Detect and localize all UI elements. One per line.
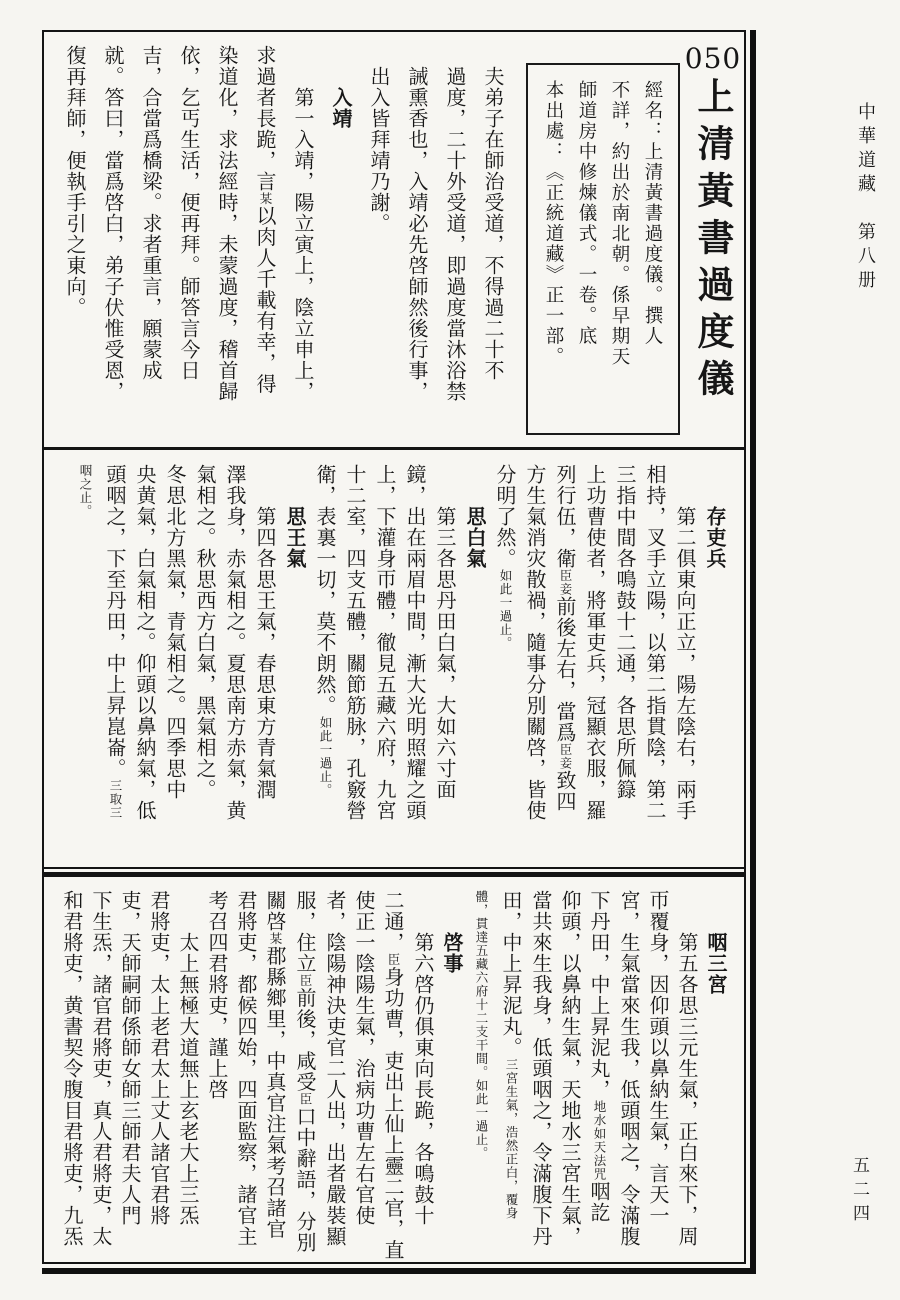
band3-text: 咽三宮 第五各思三元生氣，正白來下，周 帀覆身，因仰頭以鼻納生氣，言天一 宮，生… — [44, 877, 744, 1276]
body-text: 啓事 — [440, 890, 464, 974]
annotation-small-text: 某 — [268, 932, 283, 946]
text-paragraph: 第二俱東向正立，陽左陰右，兩手 相持，叉手立陽，以第二指貫陰，第二 三指中間各鳴… — [490, 464, 700, 859]
text-paragraph: 第三各思丹田白氣，大如六寸面 鏡，出在兩眉中間，漸大光明照耀之頭 上，下灌身帀體… — [310, 464, 460, 859]
page-frame: 050 上清黃書過度儀 經名：上清黃書過度儀。撰人 不詳，約出於南北朝。係早期天… — [42, 30, 756, 1274]
annotation-small-text: 臣 — [298, 974, 313, 988]
body-text: 思白氣 — [463, 464, 487, 569]
band-header: 050 上清黃書過度儀 經名：上清黃書過度儀。撰人 不詳，約出於南北朝。係早期天… — [44, 32, 744, 447]
page-number: 五二四 — [847, 1156, 872, 1228]
body-text: 夫弟子在師治受道，不得過二十不 過度，二十外受道，即過度當沐浴禁 誡熏香也，入靖… — [367, 45, 505, 402]
body-text: 思王氣 — [283, 464, 307, 569]
text-paragraph: 夫弟子在師治受道，不得過二十不 過度，二十外受道，即過度當沐浴禁 誡熏香也，入靖… — [360, 45, 512, 441]
body-text: 第四各思王氣，春思東方青氣潤 澤我身，赤氣相之。夏思南方赤氣，黄 氣相之。秋思西… — [103, 464, 277, 821]
text-paragraph: 第六啓仍俱東向長跪，各鳴鼓十 二通，臣身功曹，吏出上仙上靈二官，直 使正一陰陽生… — [57, 890, 437, 1268]
text-paragraph: 第五各思三元生氣，正白來下，周 帀覆身，因仰頭以鼻納生氣，言天一 宮，生氣當來生… — [466, 890, 701, 1268]
annotation-small-text: 某 — [258, 192, 273, 206]
title-column: 050 上清黃書過度儀 — [682, 32, 744, 447]
body-text: 郡縣鄉里，中真官注氣考召諸官 君將吏，都候四始，四面監察，諸官主 考召四君將吏，… — [60, 890, 287, 1247]
annotation-small-text: 臣妾 — [558, 569, 573, 596]
body-text: 以肉人千載有幸，得 染道化，求法經時，未蒙過度，稽首歸 依，乞丐生活，便再拜。師… — [63, 45, 277, 402]
body-text: 前後，咸受 — [293, 988, 317, 1093]
series-label: 中華道藏 第八册 — [852, 102, 878, 294]
scanned-page: 中華道藏 第八册 五二四 050 上清黃書過度儀 經名：上清黃書過度儀。撰人 不… — [0, 0, 900, 1300]
page-title: 上清黃書過度儀 — [686, 77, 740, 406]
body-text: 咽三宮 — [704, 890, 728, 995]
text-paragraph: 第一入靖，陽立寅上，陰立申上， 求過者長跪，言某以肉人千載有幸，得 染道化，求法… — [56, 45, 322, 441]
content-frame: 050 上清黃書過度儀 經名：上清黃書過度儀。撰人 不詳，約出於南北朝。係早期天… — [42, 30, 746, 1264]
body-text: 前後左右，當爲 — [553, 596, 577, 743]
section-heading: 入靖 — [322, 45, 360, 441]
annotation-small-text: 臣 — [298, 1093, 313, 1107]
body-text: 第三各思丹田白氣，大如六寸面 鏡，出在兩眉中間，漸大光明照耀之頭 上，下灌身帀體… — [313, 464, 457, 821]
section-heading: 思王氣 — [280, 464, 310, 859]
band2-text: 存吏兵 第二俱東向正立，陽左陰右，兩手 相持，叉手立陽，以第二指貫陰，第二 三指… — [44, 450, 744, 867]
abstract-text: 經名：上清黃書過度儀。撰人 不詳，約出於南北朝。係早期天 師道房中修煉儀式。一卷… — [537, 80, 669, 418]
document-number: 050 — [685, 42, 741, 75]
annotation-small-text: 如此一過止。 — [498, 569, 513, 650]
annotation-small-text: 地水如天法咒 — [592, 1100, 607, 1181]
section-heading: 存吏兵 — [700, 464, 730, 859]
section-heading: 思白氣 — [460, 464, 490, 859]
annotation-small-text: 如此一過止。 — [318, 716, 333, 797]
body-text: 入靖 — [329, 45, 353, 129]
section-heading: 咽三宮 — [701, 890, 730, 1268]
section-divider-thick — [44, 867, 744, 877]
annotation-small-text: 臣 — [386, 953, 401, 967]
band1-text: 夫弟子在師治受道，不得過二十不 過度，二十外受道，即過度當沐浴禁 誡熏香也，入靖… — [44, 32, 522, 447]
section-heading: 啓事 — [437, 890, 466, 1268]
text-paragraph: 第四各思王氣，春思東方青氣潤 澤我身，赤氣相之。夏思南方赤氣，黄 氣相之。秋思西… — [70, 464, 280, 859]
annotation-small-text: 臣妾 — [558, 743, 573, 770]
abstract-box: 經名：上清黃書過度儀。撰人 不詳，約出於南北朝。係早期天 師道房中修煉儀式。一卷… — [526, 63, 680, 435]
body-text: 存吏兵 — [703, 464, 727, 569]
